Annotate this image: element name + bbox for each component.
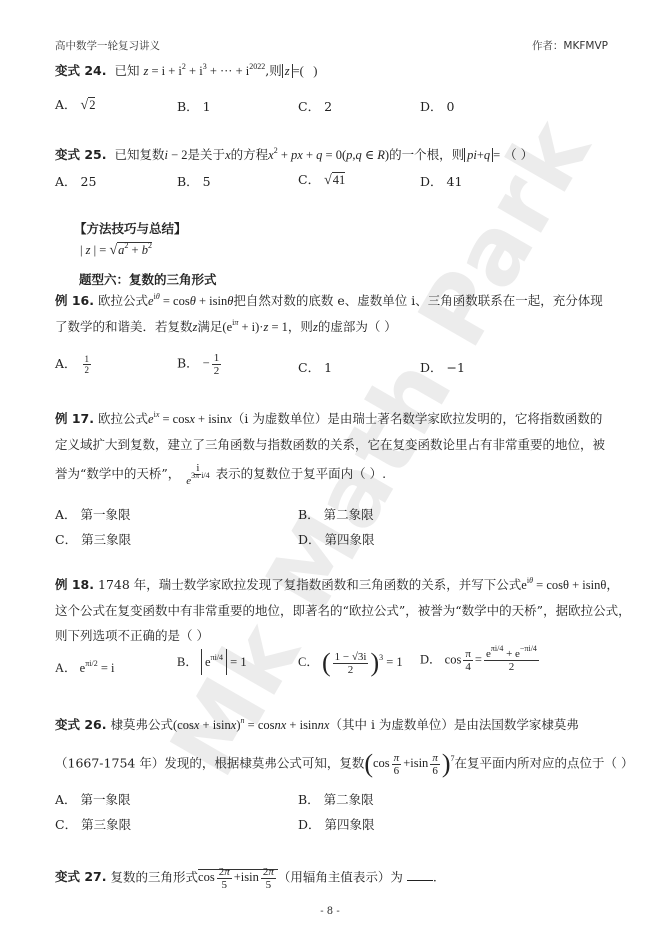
- problem-e17-line3: 誉为“数学中的天桥”， ie3π i/4 表示的复数位于复平面内（ ）.: [55, 462, 386, 487]
- answer-blank[interactable]: [407, 880, 433, 881]
- option-d: D． −1: [420, 358, 465, 376]
- math-expression: pi+q=: [464, 148, 500, 162]
- header-author: 作者：MKFMVP: [532, 38, 608, 53]
- problem-v26-line2: （1667-1754 年）发现的，根据棣莫弗公式可知，复数(cosπ6+isin…: [55, 752, 633, 777]
- summary-formula: | z | = √a2 + b2: [80, 243, 152, 259]
- problem-e17-line1: 例 17.欧拉公式eix = cosx + isinx（i 为虚数单位）是由瑞士…: [55, 410, 602, 428]
- option-d: D． 41: [420, 172, 462, 190]
- option-c: C． 1: [298, 358, 332, 376]
- period: .: [433, 869, 437, 884]
- option-c: C． √41: [298, 170, 345, 189]
- problem-v24-stem: 变式 24. 已知 z = i + i2 + i3 + ··· + i2022,…: [55, 62, 317, 80]
- stem-text: 的方程: [231, 147, 269, 162]
- math-expression: (eiπ + i)·z = 1: [222, 320, 288, 334]
- math-expression: cos2π5+isin2π5: [198, 869, 278, 884]
- problem-label: 变式 27.: [55, 869, 107, 884]
- problem-v27-stem: 变式 27.复数的三角形式cos2π5+isin2π5（用辐角主值表示）为.: [55, 866, 437, 891]
- header-title: 高中数学一轮复习讲义: [55, 38, 160, 53]
- problem-label: 例 18.: [55, 577, 94, 592]
- page-number: - 8 -: [0, 906, 660, 917]
- stem-text: 誉为“数学中的天桥”，: [55, 466, 180, 481]
- stem-text: 在复平面内所对应的点位于（ ）: [455, 755, 634, 770]
- stem-text: 是关于: [188, 147, 226, 162]
- stem-text: 复数的三角形式: [111, 869, 199, 884]
- problem-label: 例 16.: [55, 293, 94, 308]
- option-b: B． −12: [177, 352, 223, 377]
- option-d: D． 0: [420, 97, 454, 115]
- stem-text: （用辐角主值表示）为: [278, 869, 403, 884]
- stem-text: 的虚部为（ ）: [318, 319, 397, 334]
- option-b: B． 第二象限: [298, 505, 374, 523]
- stem-text: ,则: [265, 63, 281, 78]
- problem-label: 例 17.: [55, 411, 94, 426]
- problem-v26-line1: 变式 26.棣莫弗公式(cosx + isinx)n = cosnx + isi…: [55, 716, 579, 734]
- problem-e16-line1: 例 16.欧拉公式eiθ = cosθ + isinθ把自然对数的底数 e、虚数…: [55, 292, 603, 310]
- option-c: C． 2: [298, 97, 332, 115]
- stem-text: （其中 i 为虚数单位）是由法国数学家棣莫弗: [329, 717, 578, 732]
- option-a: A． 第一象限: [55, 505, 131, 523]
- problem-e18-line2: 这个公式在复变函数中有非常重要的地位，即著名的“欧拉公式”，被誉为“数学中的天桥…: [55, 602, 631, 620]
- problem-e17-line2: 定义域扩大到复数，建立了三角函数与指数函数的关系，它在复变函数论里占有非常重要的…: [55, 436, 605, 454]
- option-a: A． eπi/2 = i: [55, 658, 114, 676]
- stem-text: 已知复数: [114, 147, 164, 162]
- option-b: B． 第二象限: [298, 790, 374, 808]
- option-d: D． 第四象限: [298, 815, 375, 833]
- stem-text: 1748 年，瑞士数学家欧拉发现了复指数函数和三角函数的关系，并写下公式: [98, 577, 521, 592]
- option-a: A． 25: [55, 172, 96, 190]
- option-c: C． 第三象限: [55, 530, 131, 548]
- section-title: 题型六：复数的三角形式: [79, 270, 217, 288]
- stem-text: 了数学的和谐美．若复数: [55, 319, 193, 334]
- math-expression: x2 + px + q = 0(p,q ∈ R): [268, 148, 389, 162]
- option-b: B． 5: [177, 172, 211, 190]
- math-expression: z = i + i2 + i3 + ··· + i2022: [143, 64, 265, 78]
- summary-heading: 【方法技巧与总结】: [74, 219, 187, 237]
- document-page: Mk Math Park 高中数学一轮复习讲义 作者：MKFMVP 变式 24.…: [0, 0, 660, 944]
- option-a: A． √2: [55, 95, 95, 114]
- stem-text: （i 为虚数单位）是由瑞士著名数学家欧拉发明的，它将指数函数的: [232, 411, 602, 426]
- option-d: D． 第四象限: [298, 530, 375, 548]
- stem-text: （1667-1754 年）发现的，根据棣莫弗公式可知，复数: [55, 755, 364, 770]
- math-fraction: ie3π i/4: [186, 462, 209, 487]
- problem-label: 变式 24.: [55, 63, 107, 78]
- stem-text: 把自然对数的底数 e、虚数单位 i、三角函数联系在一起，充分体现: [233, 293, 602, 308]
- problem-e18-line3: 则下列选项不正确的是（ ）: [55, 627, 209, 645]
- math-expression: eix = cosx + isinx: [148, 412, 232, 426]
- stem-text: 欧拉公式: [98, 293, 148, 308]
- math-expression: (cosπ6+isinπ6)7: [364, 756, 454, 770]
- answer-paren: （ ）: [504, 147, 533, 162]
- option-c: C． (1 − √3i2)3 = 1: [298, 648, 403, 678]
- stem-text: 的一个根，则: [389, 147, 464, 162]
- problem-e16-line2: 了数学的和谐美．若复数z满足(eiπ + i)·z = 1，则z的虚部为（ ）: [55, 318, 397, 336]
- option-b: B． 1: [177, 97, 211, 115]
- problem-e18-line1: 例 18.1748 年，瑞士数学家欧拉发现了复指数函数和三角函数的关系，并写下公…: [55, 576, 619, 594]
- stem-text: ，则: [288, 319, 313, 334]
- stem-text: 欧拉公式: [98, 411, 148, 426]
- stem-text: 满足: [197, 319, 222, 334]
- stem-text: 表示的复数位于复平面内（ ）.: [216, 466, 386, 481]
- math-expression: (cosx + isinx)n = cosnx + isinnx: [173, 718, 329, 732]
- problem-v25-stem: 变式 25. 已知复数i − 2是关于x的方程x2 + px + q = 0(p…: [55, 146, 533, 164]
- math-expression: eiθ = cosθ + isinθ: [148, 294, 233, 308]
- problem-label: 变式 25.: [55, 147, 107, 162]
- math-ask: z=( ): [282, 64, 318, 78]
- stem-text: 已知: [114, 63, 139, 78]
- option-a: A． 第一象限: [55, 790, 131, 808]
- stem-text: 棣莫弗公式: [111, 717, 174, 732]
- option-c: C． 第三象限: [55, 815, 131, 833]
- math-expression: eiθ = cosθ + isinθ，: [521, 578, 619, 592]
- problem-label: 变式 26.: [55, 717, 107, 732]
- option-a: A． 12: [55, 354, 93, 375]
- option-d: D． cosπ4=eπi/4 + e−πi/42: [420, 648, 541, 673]
- option-b: B． eπi/4 = 1: [177, 652, 247, 670]
